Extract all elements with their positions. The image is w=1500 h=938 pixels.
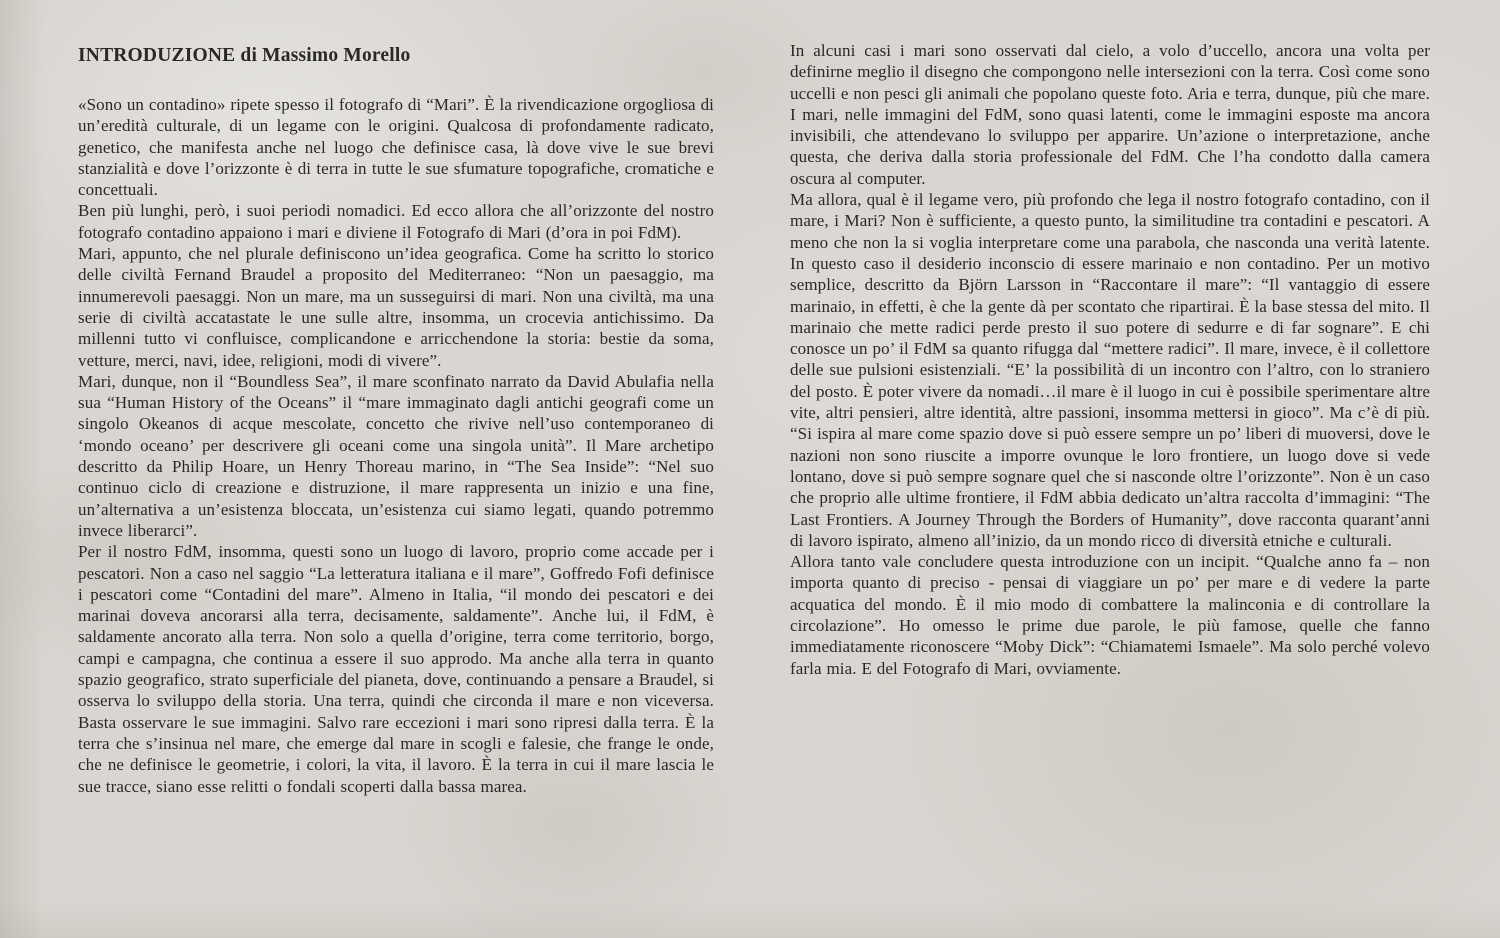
right-column: In alcuni casi i mari sono osservati dal…: [790, 40, 1430, 679]
left-column: INTRODUZIONE di Massimo Morello «Sono un…: [78, 44, 714, 797]
document-page: INTRODUZIONE di Massimo Morello «Sono un…: [0, 0, 1500, 938]
page-title: INTRODUZIONE di Massimo Morello: [78, 44, 714, 68]
paragraph: In alcuni casi i mari sono osservati dal…: [790, 40, 1430, 189]
left-column-text: «Sono un contadino» ripete spesso il fot…: [78, 94, 714, 797]
paragraph: Ma allora, qual è il legame vero, più pr…: [790, 189, 1430, 551]
paragraph: «Sono un contadino» ripete spesso il fot…: [78, 94, 714, 200]
right-column-text: In alcuni casi i mari sono osservati dal…: [790, 40, 1430, 679]
paragraph: Mari, appunto, che nel plurale definisco…: [78, 243, 714, 371]
paragraph: Mari, dunque, non il “Boundless Sea”, il…: [78, 371, 714, 541]
paragraph: Allora tanto vale concludere questa intr…: [790, 551, 1430, 679]
paragraph: Ben più lunghi, però, i suoi periodi nom…: [78, 200, 714, 243]
paragraph: Per il nostro FdM, insomma, questi sono …: [78, 541, 714, 797]
